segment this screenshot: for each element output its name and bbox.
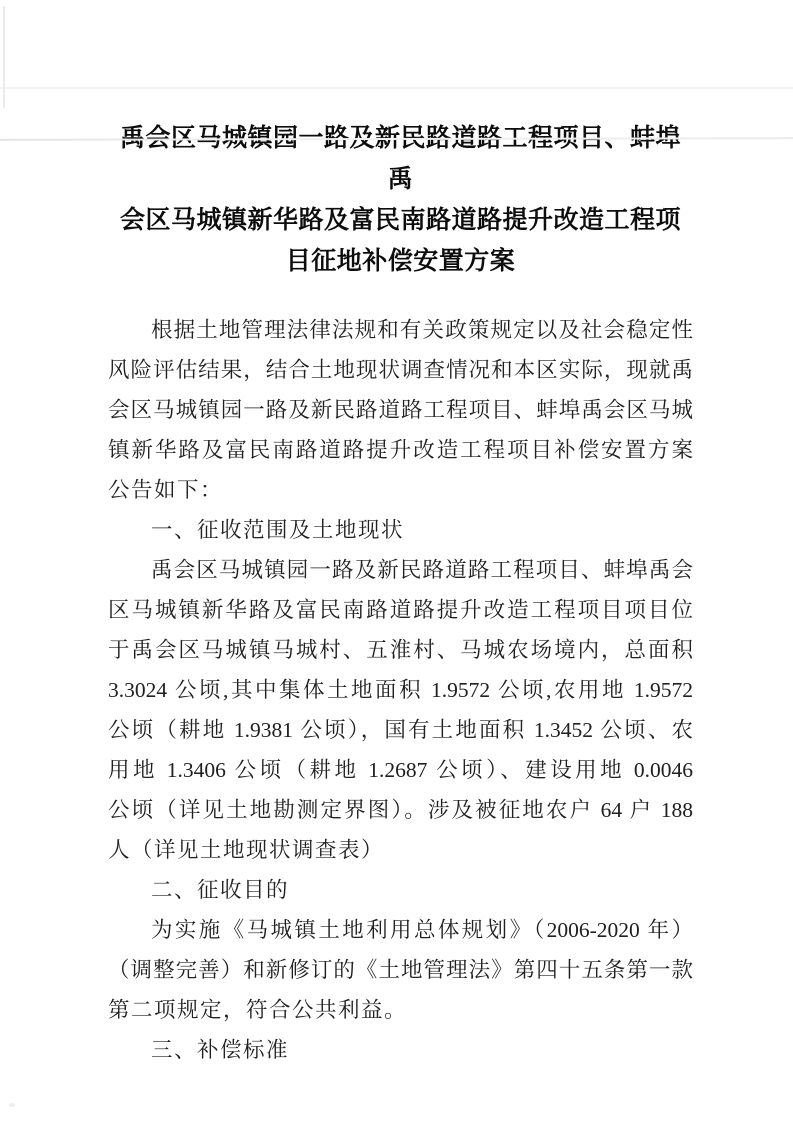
paragraph-1-line: 镇新华路及富民南路道路提升改造工程项目补偿安置方案 — [108, 430, 693, 470]
paragraph-2-line: 公顷（耕地 1.9381 公顷），国有土地面积 1.3452 公顷、农 — [108, 710, 693, 750]
paragraph-2-line: 区马城镇新华路及富民南路道路提升改造工程项目项目位 — [108, 590, 693, 630]
paragraph-1-line: 风险评估结果，结合土地现状调查情况和本区实际，现就禹 — [108, 350, 693, 390]
document-body: 根据土地管理法律法规和有关政策规定以及社会稳定性 风险评估结果，结合土地现状调查… — [108, 310, 693, 1070]
paragraph-2-line: 禹会区马城镇园一路及新民路道路工程项目、蚌埠禹会 — [108, 550, 693, 590]
section-heading-3: 三、补偿标准 — [108, 1030, 693, 1070]
title-line-1: 禹会区马城镇园一路及新民路道路工程项目、蚌埠禹 — [108, 118, 693, 200]
scan-speck-artifact — [9, 1103, 15, 1107]
paragraph-3-line: 第二项规定，符合公共利益。 — [108, 990, 693, 1030]
paragraph-2-line: 用地 1.3406 公顷（耕地 1.2687 公顷）、建设用地 0.0046 — [108, 750, 693, 790]
scan-edge-line-artifact — [3, 6, 5, 108]
paragraph-2-line: 公顷（详见土地勘测定界图）。涉及被征地农户 64 户 188 — [108, 790, 693, 830]
scanned-document-page: 禹会区马城镇园一路及新民路道路工程项目、蚌埠禹 会区马城镇新华路及富民南路道路提… — [0, 0, 793, 1121]
paragraph-2-line: 人（详见土地现状调查表） — [108, 830, 693, 870]
document-title: 禹会区马城镇园一路及新民路道路工程项目、蚌埠禹 会区马城镇新华路及富民南路道路提… — [108, 118, 693, 282]
title-line-2: 会区马城镇新华路及富民南路道路提升改造工程项 — [108, 200, 693, 241]
paragraph-3-line: （调整完善）和新修订的《土地管理法》第四十五条第一款 — [108, 950, 693, 990]
title-line-3: 目征地补偿安置方案 — [108, 241, 693, 282]
paragraph-3-line: 为实施《马城镇土地利用总体规划》（2006-2020 年） — [108, 910, 693, 950]
paragraph-2-line: 于禹会区马城镇马城村、五淮村、马城农场境内，总面积 — [108, 630, 693, 670]
paragraph-1-line: 公告如下： — [108, 470, 693, 510]
scan-band-artifact — [0, 87, 793, 89]
section-heading-1: 一、征收范围及土地现状 — [108, 510, 693, 550]
section-heading-2: 二、征收目的 — [108, 870, 693, 910]
paragraph-1-line: 会区马城镇园一路及新民路道路工程项目、蚌埠禹会区马城 — [108, 390, 693, 430]
paragraph-1-line: 根据土地管理法律法规和有关政策规定以及社会稳定性 — [108, 310, 693, 350]
paragraph-2-line: 3.3024 公顷,其中集体土地面积 1.9572 公顷,农用地 1.9572 — [108, 670, 693, 710]
